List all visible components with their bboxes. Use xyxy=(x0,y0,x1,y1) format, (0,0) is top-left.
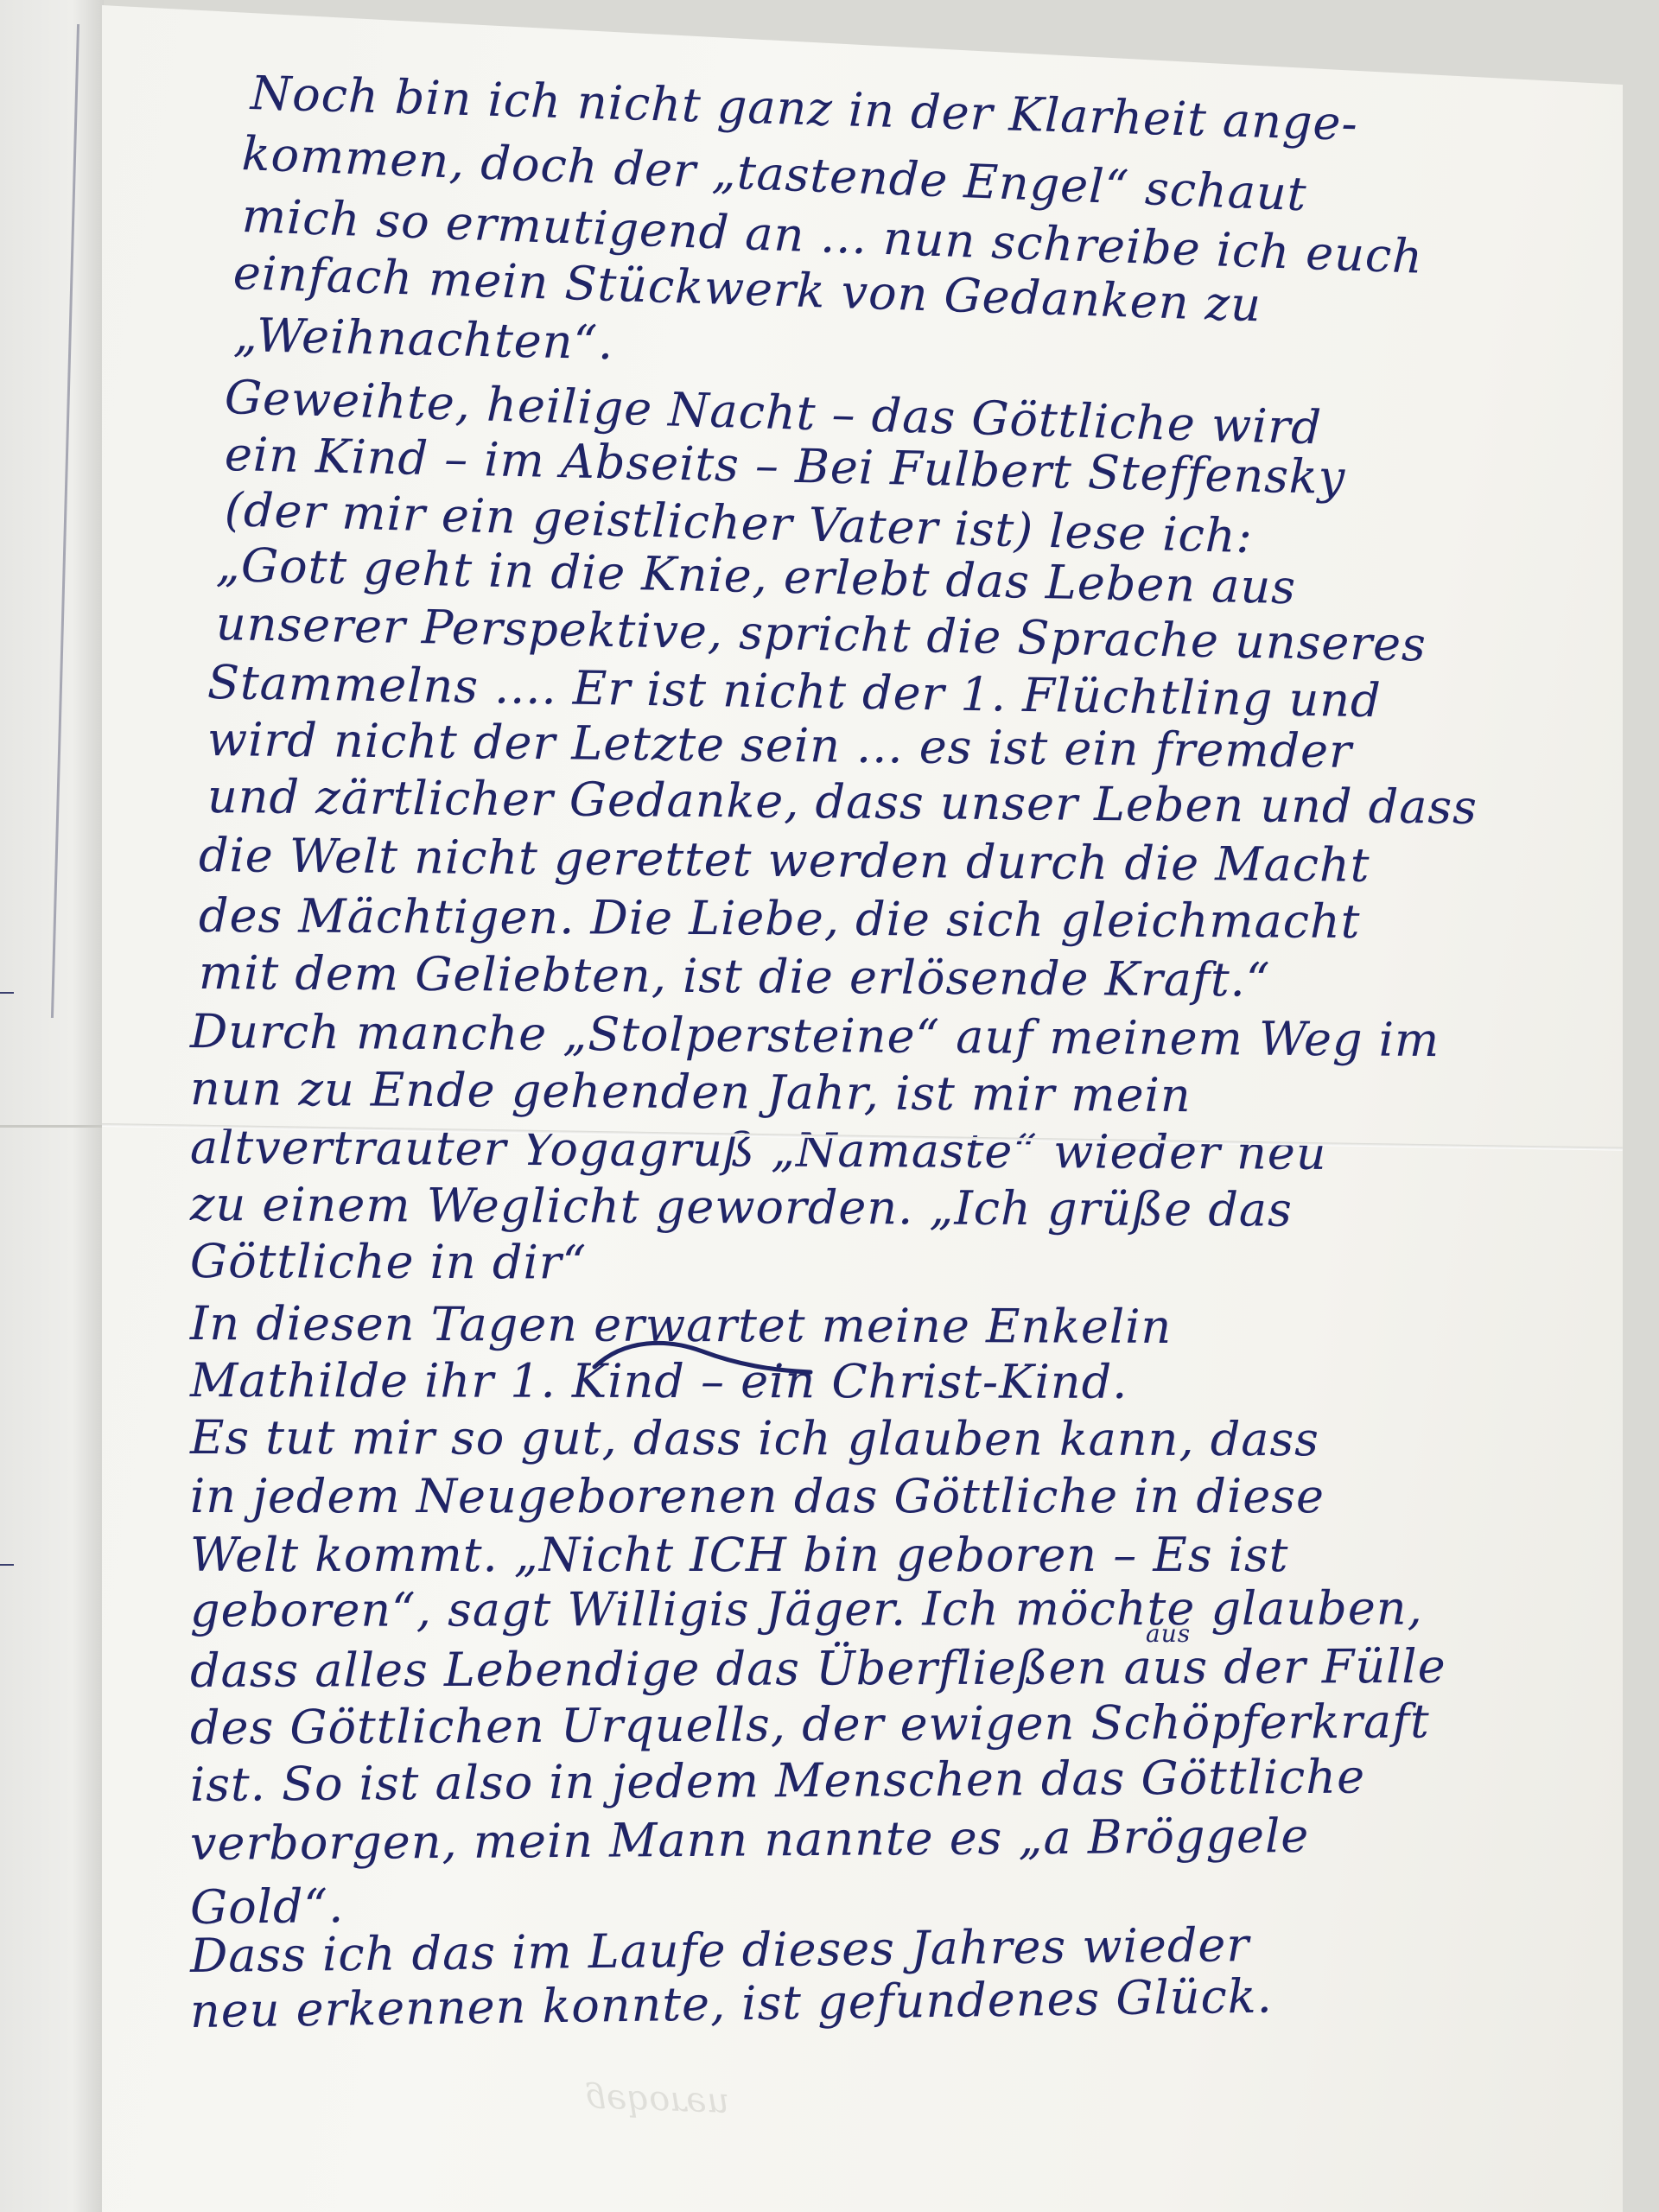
text-line: des Göttlichen Urquells, der ewigen Schö… xyxy=(190,1694,1430,1755)
text-line: und zärtlicher Gedanke, dass unser Leben… xyxy=(207,769,1478,835)
text-line: altvertrauter Yogagruß „Namaste“ wieder … xyxy=(190,1120,1327,1180)
text-line: die Welt nicht gerettet werden durch die… xyxy=(199,828,1370,893)
text-line: des Mächtigen. Die Liebe, die sich gleic… xyxy=(199,888,1361,949)
previous-page-edge xyxy=(0,0,104,2212)
text-line: verborgen, mein Mann nannte es „a Brögge… xyxy=(190,1808,1310,1871)
text-line: Göttliche in dir“ xyxy=(190,1234,587,1290)
text-line: nun zu Ende gehenden Jahr, ist mir mein xyxy=(190,1061,1192,1122)
text-line: Durch manche „Stolpersteine“ auf meinem … xyxy=(190,1004,1440,1067)
ink-mark xyxy=(0,1564,14,1566)
text-line: in jedem Neugeborenen das Göttliche in d… xyxy=(190,1469,1325,1523)
text-line: dass alles Lebendige das Überfließen aus… xyxy=(190,1639,1446,1698)
text-line: mit dem Geliebten, ist die erlösende Kra… xyxy=(199,945,1271,1007)
text-line: Welt kommt. „Nicht ICH bin geboren – Es … xyxy=(190,1528,1288,1582)
text-line: Es tut mir so gut, dass ich glauben kann… xyxy=(190,1410,1319,1466)
text-line: zu einem Weglicht geworden. „Ich grüße d… xyxy=(190,1177,1293,1237)
text-line: geboren“, sagt Willigis Jäger. Ich möcht… xyxy=(190,1581,1423,1637)
paper-fold xyxy=(0,1125,104,1128)
text-line: ist. So ist also in jedem Menschen das G… xyxy=(190,1750,1365,1812)
text-line: wird nicht der Letzte sein ... es ist ei… xyxy=(207,712,1353,779)
handwritten-text: Noch bin ich nicht ganz in der Klarheit … xyxy=(102,5,1623,2212)
letter-page: geboren Noch bin ich nicht ganz in der K… xyxy=(102,5,1623,2212)
insertion-note: aus xyxy=(1146,1619,1191,1648)
margin-line xyxy=(51,24,79,1018)
ink-mark xyxy=(0,992,14,994)
text-line: Gold“. xyxy=(190,1878,345,1935)
flourish-stroke xyxy=(590,1334,815,1377)
text-line: „Weihnachten“. xyxy=(232,308,614,370)
